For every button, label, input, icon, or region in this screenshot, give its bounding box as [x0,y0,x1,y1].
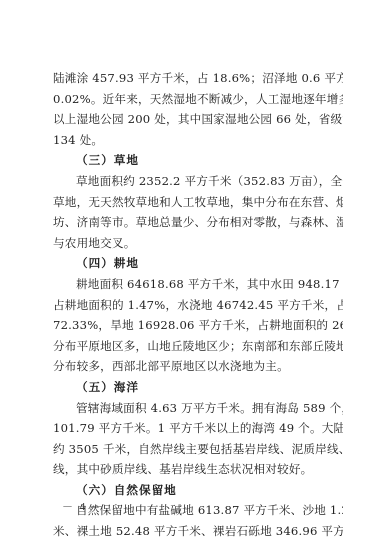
paragraph-cropland: 耕地面积 64618.68 平方千米，其中水田 948.17 平方千米， 占耕地… [53,274,343,377]
text-line: 耕地面积 64618.68 平方千米，其中水田 948.17 平方千米， [53,274,343,295]
text-line: 坊、济南等市。草地总量少、分布相对零散，与森林、湿地共生， [53,212,343,233]
text-line: 分布平原地区多，山地丘陵地区少；东南部和东部丘陵地区旱地 [53,336,343,357]
text-line: 101.79 平方千米。1 平方千米以上的海湾 49 个。大陆海岸线长 [53,418,343,439]
paragraph-grassland: 草地面积约 2352.2 平方千米（352.83 万亩），全部是其他 草地，无天… [53,171,343,253]
document-body: 陆滩涂 457.93 平方千米，占 18.6%；沼泽地 0.6 平方千米，占 0… [53,68,343,542]
text-line: 草地，无天然牧草地和人工牧草地，集中分布在东营、烟台、潍 [53,192,343,213]
paragraph-wetland-continued: 陆滩涂 457.93 平方千米，占 18.6%；沼泽地 0.6 平方千米，占 0… [53,68,343,150]
section-heading-grassland: （三）草地 [53,150,343,171]
text-line: 约 3505 千米，自然岸线主要包括基岩岸线、泥质岸线、砂质岸 [53,439,343,460]
text-line: 分布较多，西部北部平原地区以水浇地为主。 [53,356,343,377]
text-line: 134 处。 [53,130,343,151]
text-line: 管辖海域面积 4.63 万平方千米。拥有海岛 589 个，总面积 [53,398,343,419]
paragraph-ocean: 管辖海域面积 4.63 万平方千米。拥有海岛 589 个，总面积 101.79 … [53,398,343,480]
text-line: 占耕地面积的 1.47%，水浇地 46742.45 平方千米，占耕地面积的 [53,295,343,316]
text-line: 陆滩涂 457.93 平方千米，占 18.6%；沼泽地 0.6 平方千米，占 [53,68,343,89]
text-line: 草地面积约 2352.2 平方千米（352.83 万亩），全部是其他 [53,171,343,192]
text-line: 0.02%。近年来，天然湿地不断减少，人工湿地逐年增多。省级 [53,89,343,110]
section-heading-ocean: （五）海洋 [53,377,343,398]
text-line: 线，其中砂质岸线、基岩岸线生态状况相对较好。 [53,459,343,480]
text-line: 以上湿地公园 200 处，其中国家湿地公园 66 处，省级湿地公园 [53,109,343,130]
text-line: 米、裸土地 52.48 平方千米、裸岩石砾地 346.96 平方千米，主要 [53,521,343,542]
text-line: 与农用地交叉。 [53,233,343,254]
text-line: 72.33%，旱地 16928.06 平方千米，占耕地面积的 26.20%。耕地 [53,315,343,336]
page-number: － 4 － [62,498,105,514]
section-heading-cropland: （四）耕地 [53,253,343,274]
